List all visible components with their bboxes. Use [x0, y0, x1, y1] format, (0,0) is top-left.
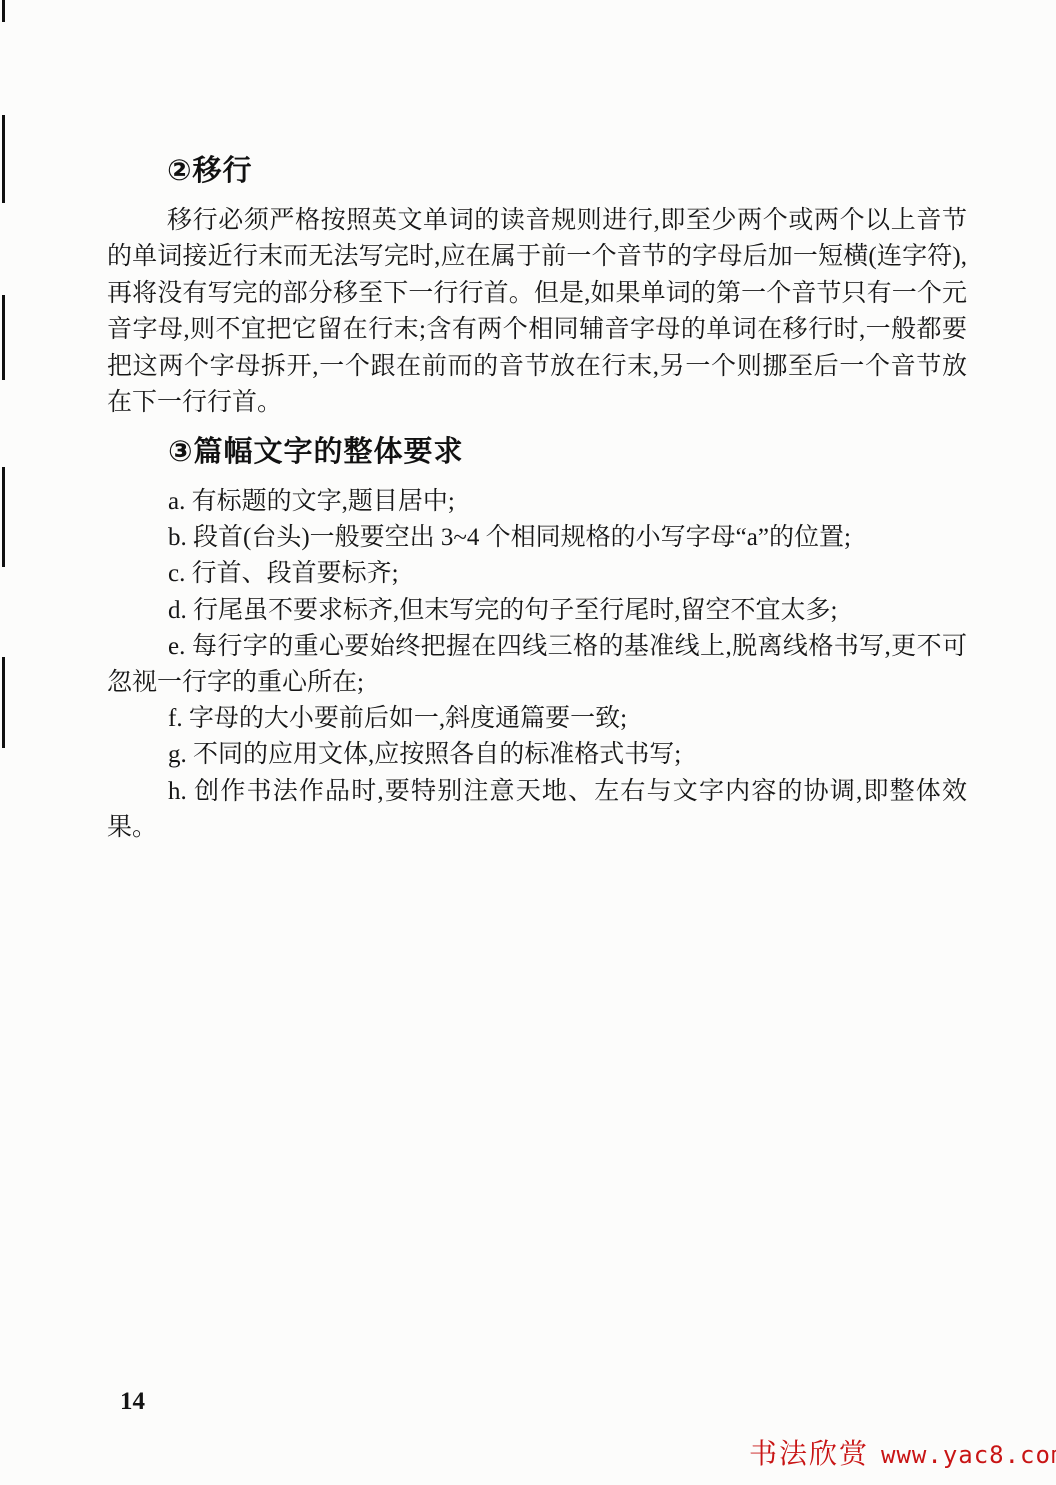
section-heading-move-line: ②移行 — [167, 148, 253, 189]
scan-artifact-mark — [2, 467, 5, 567]
watermark-url: www.yac8.com — [881, 1441, 1056, 1469]
scan-artifact-mark — [2, 0, 5, 22]
scan-artifact-mark — [2, 115, 5, 203]
list-item-h: h. 创作书法作品时,要特别注意天地、左右与文字内容的协调,即整体效果。 — [107, 774, 967, 846]
scan-artifact-mark — [2, 657, 5, 748]
body-paragraph-move-line: 移行必须严格按照英文单词的读音规则进行,即至少两个或两个以上音节的单词接近行末而… — [107, 203, 967, 421]
page-number: 14 — [120, 1388, 145, 1416]
scan-artifact-mark — [2, 295, 5, 380]
list-item-b: b. 段首(台头)一般要空出 3~4 个相同规格的小写字母“a”的位置; — [107, 520, 967, 556]
watermark: 书法欣赏www.yac8.com — [749, 1432, 1056, 1472]
list-item-e: e. 每行字的重心要始终把握在四线三格的基准线上,脱离线格书写,更不可忽视一行字… — [107, 629, 967, 701]
list-item-d: d. 行尾虽不要求标齐,但末写完的句子至行尾时,留空不宜太多; — [107, 593, 967, 629]
list-item-g: g. 不同的应用文体,应按照各自的标准格式书写; — [107, 737, 967, 773]
section-heading-overall-requirements: ③篇幅文字的整体要求 — [168, 429, 464, 470]
requirement-list: a. 有标题的文字,题目居中; b. 段首(台头)一般要空出 3~4 个相同规格… — [107, 484, 967, 846]
list-item-f: f. 字母的大小要前后如一,斜度通篇要一致; — [107, 701, 967, 737]
watermark-site-name: 书法欣赏 — [749, 1439, 869, 1470]
document-page: ②移行 移行必须严格按照英文单词的读音规则进行,即至少两个或两个以上音节的单词接… — [0, 0, 1056, 1485]
list-item-c: c. 行首、段首要标齐; — [107, 556, 967, 592]
list-item-a: a. 有标题的文字,题目居中; — [107, 484, 967, 520]
